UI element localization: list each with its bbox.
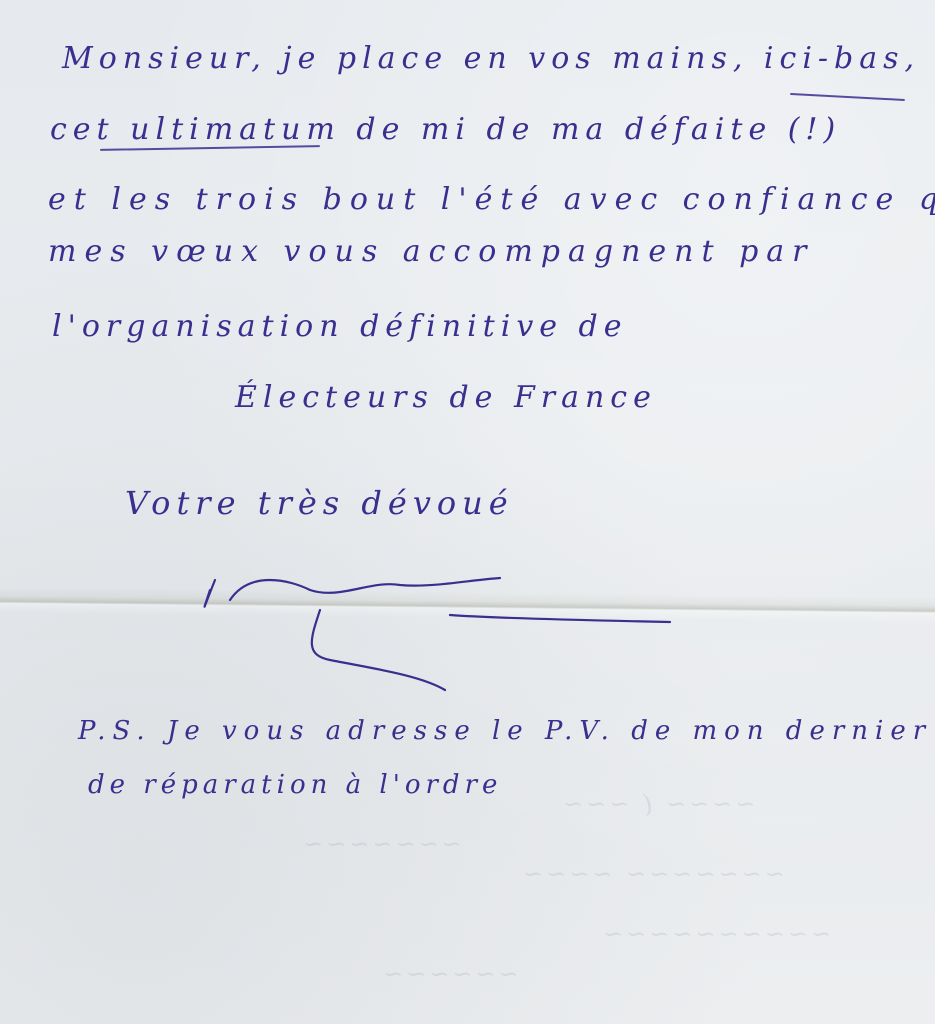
letter-line-4: mes vœux vous accompagnent par	[48, 237, 815, 267]
letter-line-6: Électeurs de France	[235, 383, 657, 413]
bleed-through-text: ~~~~~~~	[300, 830, 462, 858]
letter-line-2: cet ultimatum de mi de ma défaite (!)	[50, 115, 841, 145]
bleed-through-text: ~~~~~~~ ~~~~	[520, 860, 785, 888]
letter-closing: Votre très dévoué	[125, 487, 514, 519]
postscript-line-1: P.S. Je vous adresse le P.V. de mon dern…	[78, 718, 932, 744]
letter-paper: ~~~~ ( ~~~ ~~~~~~~ ~~~~~~~ ~~~~ ~~~~~~~~…	[0, 0, 935, 1024]
bleed-through-text: ~~~~~~~~~~	[600, 920, 831, 948]
bleed-through-text: ~~~~~~	[380, 960, 519, 988]
letter-line-5: l'organisation définitive de	[52, 312, 628, 342]
postscript-line-2: de réparation à l'ordre	[88, 772, 502, 798]
bleed-through-text: ~~~~ ( ~~~	[560, 790, 755, 818]
letter-line-3: et les trois bout l'été avec confiance q…	[48, 185, 935, 215]
letter-line-1: Monsieur, je place en vos mains, ici-bas…	[62, 44, 920, 74]
underline-mark	[790, 93, 905, 101]
